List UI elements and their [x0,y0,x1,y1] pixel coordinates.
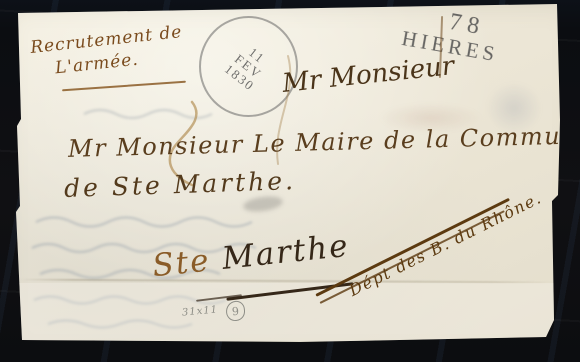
letter-photo: Recrutement de L'armée. 11 FEV 1830 78 H… [0,0,580,362]
letter-paper: Recrutement de L'armée. 11 FEV 1830 78 H… [0,0,580,362]
pencil-circled-number-value: 9 [231,304,239,318]
destination-prefix: Ste [151,242,212,284]
archival-note-underline [62,81,186,92]
